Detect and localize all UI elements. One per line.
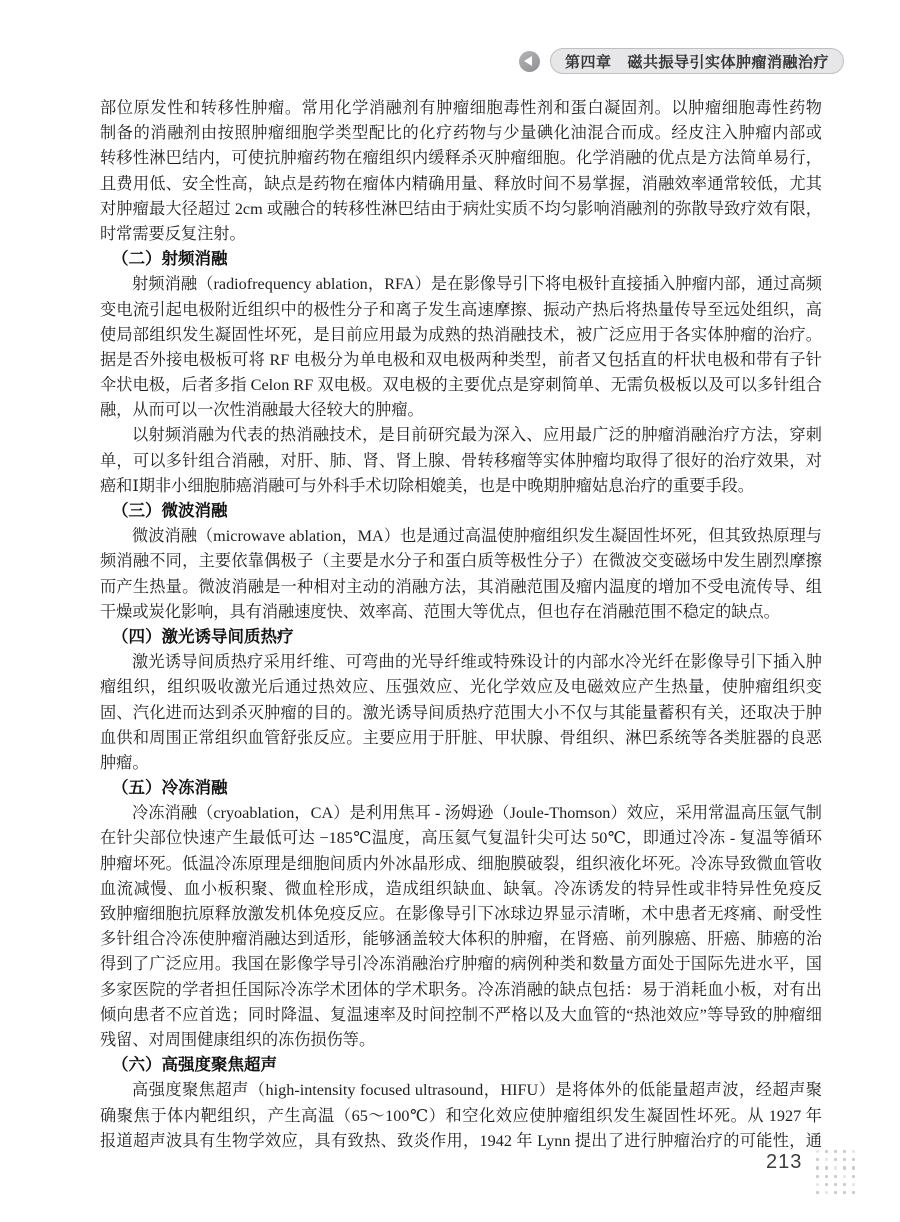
footer-dot xyxy=(852,1175,855,1178)
section-heading: （四）激光诱导间质热疗 xyxy=(100,625,822,650)
footer-dot xyxy=(816,1191,819,1194)
page-number: 213 xyxy=(766,1151,802,1174)
text-line: 微波消融（microwave ablation，MA）也是通过高温使肿瘤组织发生… xyxy=(100,524,822,549)
chapter-title: 磁共振导引实体肿瘤消融治疗 xyxy=(627,51,829,72)
text-line: 干燥或炭化影响，具有消融速度快、效率高、范围大等优点，但也存在消融范围不稳定的缺… xyxy=(100,600,822,625)
footer-dot xyxy=(816,1183,819,1186)
text-line: 使局部组织发生凝固性坏死，是目前应用最为成熟的热消融技术，被广泛应用于各实体肿瘤… xyxy=(100,323,822,348)
footer-dot xyxy=(816,1150,819,1153)
text-line: 血供和周围正常组织血管舒张反应。主要应用于肝脏、甲状腺、骨组织、淋巴系统等各类脏… xyxy=(100,726,822,751)
text-line: 频消融不同，主要依靠偶极子（主要是水分子和蛋白质等极性分子）在微波交变磁场中发生… xyxy=(100,549,822,574)
page-body-text: 部位原发性和转移性肿瘤。常用化学消融剂有肿瘤细胞毒性剂和蛋白凝固剂。以肿瘤细胞毒… xyxy=(100,96,822,1154)
footer-dot-grid xyxy=(816,1150,861,1199)
text-line: 伞状电极，后者多指 Celon RF 双电极。双电极的主要优点是穿刺简单、无需负… xyxy=(100,373,822,398)
text-line: 肿瘤。 xyxy=(100,751,822,776)
footer-dot xyxy=(825,1191,828,1194)
text-line: 据是否外接电极板可将 RF 电极分为单电极和双电极两种类型，前者又包括直的杆状电… xyxy=(100,348,822,373)
footer-dot xyxy=(852,1166,855,1169)
footer-dot xyxy=(816,1166,819,1169)
text-line: 激光诱导间质热疗采用纤维、可弯曲的光导纤维或特殊设计的内部水冷光纤在影像导引下插… xyxy=(100,650,822,675)
text-line: 对肿瘤最大径超过 2cm 或融合的转移性淋巴结由于病灶实质不均匀影响消融剂的弥散… xyxy=(100,197,822,222)
text-line: 且费用低、安全性高，缺点是药物在瘤体内精确用量、释放时间不易掌握，消融效率通常较… xyxy=(100,172,822,197)
left-arrow-icon[interactable] xyxy=(519,51,540,72)
book-page: 第四章 磁共振导引实体肿瘤消融治疗 部位原发性和转移性肿瘤。常用化学消融剂有肿瘤… xyxy=(0,0,900,1222)
text-line: 时常需要反复注射。 xyxy=(100,222,822,247)
footer-dot xyxy=(834,1175,837,1178)
text-line: 多家医院的学者担任国际冷冻学术团体的学术职务。冷冻消融的缺点包括：易于消耗血小板… xyxy=(100,978,822,1003)
footer-dot xyxy=(852,1191,855,1194)
text-line: 报道超声波具有生物学效应，具有致热、致炎作用，1942 年 Lynn 提出了进行… xyxy=(100,1129,822,1154)
section-heading: （二）射频消融 xyxy=(100,247,822,272)
footer-dot xyxy=(843,1158,846,1161)
footer-dot xyxy=(834,1166,837,1169)
text-line: 以射频消融为代表的热消融技术，是目前研究最为深入、应用最广泛的肿瘤消融治疗方法，… xyxy=(100,423,822,448)
text-line: 转移性淋巴结内，可使抗肿瘤药物在瘤组织内缓释杀灭肿瘤细胞。化学消融的优点是方法简… xyxy=(100,146,822,171)
footer-dot xyxy=(852,1150,855,1153)
text-line: 肿瘤坏死。低温冷冻原理是细胞间质内外冰晶形成、细胞膜破裂，组织液化坏死。冷冻导致… xyxy=(100,852,822,877)
text-line: 单，可以多针组合消融，对肝、肺、肾、肾上腺、骨转移瘤等实体肿瘤均取得了很好的治疗… xyxy=(100,449,822,474)
footer-dot xyxy=(825,1166,828,1169)
footer-dot xyxy=(834,1150,837,1153)
footer-dot xyxy=(852,1158,855,1161)
chapter-label: 第四章 xyxy=(565,51,612,72)
footer-dot xyxy=(843,1150,846,1153)
text-line: 高强度聚焦超声（high-intensity focused ultrasoun… xyxy=(100,1078,822,1103)
left-arrow-triangle xyxy=(524,56,532,66)
section-heading: （三）微波消融 xyxy=(100,499,822,524)
text-line: 而产生热量。微波消融是一种相对主动的消融方法，其消融范围及瘤内温度的增加不受电流… xyxy=(100,575,822,600)
chapter-header: 第四章 磁共振导引实体肿瘤消融治疗 xyxy=(519,48,844,74)
footer-dot xyxy=(852,1183,855,1186)
text-line: 残留、对周围健康组织的冻伤损伤等。 xyxy=(100,1028,822,1053)
text-line: 确聚焦于体内靶组织，产生高温（65～100℃）和空化效应使肿瘤组织发生凝固性坏死… xyxy=(100,1104,822,1129)
text-line: 多针组合冷冻使肿瘤消融达到适形，能够涵盖较大体积的肿瘤，在肾癌、前列腺癌、肝癌、… xyxy=(100,927,822,952)
footer-dot xyxy=(843,1166,846,1169)
text-line: 在针尖部位快速产生最低可达 −185℃温度，高压氦气复温针尖可达 50℃，即通过… xyxy=(100,826,822,851)
footer-dot xyxy=(816,1158,819,1161)
section-heading: （五）冷冻消融 xyxy=(100,776,822,801)
text-line: 融，从而可以一次性消融最大径较大的肿瘤。 xyxy=(100,398,822,423)
footer-dot xyxy=(843,1175,846,1178)
text-line: 制备的消融剂由按照肿瘤细胞学类型配比的化疗药物与少量碘化油混合而成。经皮注入肿瘤… xyxy=(100,121,822,146)
footer-dot xyxy=(825,1183,828,1186)
text-line: 变电流引起电极附近组织中的极性分子和离子发生高速摩擦、振动产热后将热量传导至远处… xyxy=(100,298,822,323)
text-line: 倾向患者不应首选；同时降温、复温速率及时间控制不严格以及大血管的“热池效应”等导… xyxy=(100,1003,822,1028)
text-line: 冷冻消融（cryoablation，CA）是利用焦耳 - 汤姆逊（Joule-T… xyxy=(100,801,822,826)
text-line: 血流减慢、血小板积聚、微血栓形成，造成组织缺血、缺氧。冷冻诱发的特异性或非特异性… xyxy=(100,877,822,902)
footer-dot xyxy=(834,1191,837,1194)
text-line: 瘤组织，组织吸收激光后通过热效应、压强效应、光化学效应及电磁效应产生热量，使肿瘤… xyxy=(100,675,822,700)
text-line: 部位原发性和转移性肿瘤。常用化学消融剂有肿瘤细胞毒性剂和蛋白凝固剂。以肿瘤细胞毒… xyxy=(100,96,822,121)
footer-dot xyxy=(834,1183,837,1186)
chapter-badge: 第四章 磁共振导引实体肿瘤消融治疗 xyxy=(550,48,844,74)
text-line: 得到了广泛应用。我国在影像学导引冷冻消融治疗肿瘤的病例种类和数量方面处于国际先进… xyxy=(100,952,822,977)
text-line: 癌和Ⅰ期非小细胞肺癌消融可与外科手术切除相媲美，也是中晚期肿瘤姑息治疗的重要手段… xyxy=(100,474,822,499)
text-line: 固、汽化进而达到杀灭肿瘤的目的。激光诱导间质热疗范围大小不仅与其能量蓄积有关，还… xyxy=(100,701,822,726)
footer-dot xyxy=(816,1175,819,1178)
footer-dot xyxy=(825,1150,828,1153)
footer-dot xyxy=(825,1158,828,1161)
footer-dot xyxy=(843,1191,846,1194)
footer-dot xyxy=(843,1183,846,1186)
text-line: 致肿瘤细胞抗原释放激发机体免疫反应。在影像导引下冰球边界显示清晰，术中患者无疼痛… xyxy=(100,902,822,927)
footer-dot xyxy=(825,1175,828,1178)
section-heading: （六）高强度聚焦超声 xyxy=(100,1053,822,1078)
text-line: 射频消融（radiofrequency ablation，RFA）是在影像导引下… xyxy=(100,272,822,297)
footer-dot xyxy=(834,1158,837,1161)
